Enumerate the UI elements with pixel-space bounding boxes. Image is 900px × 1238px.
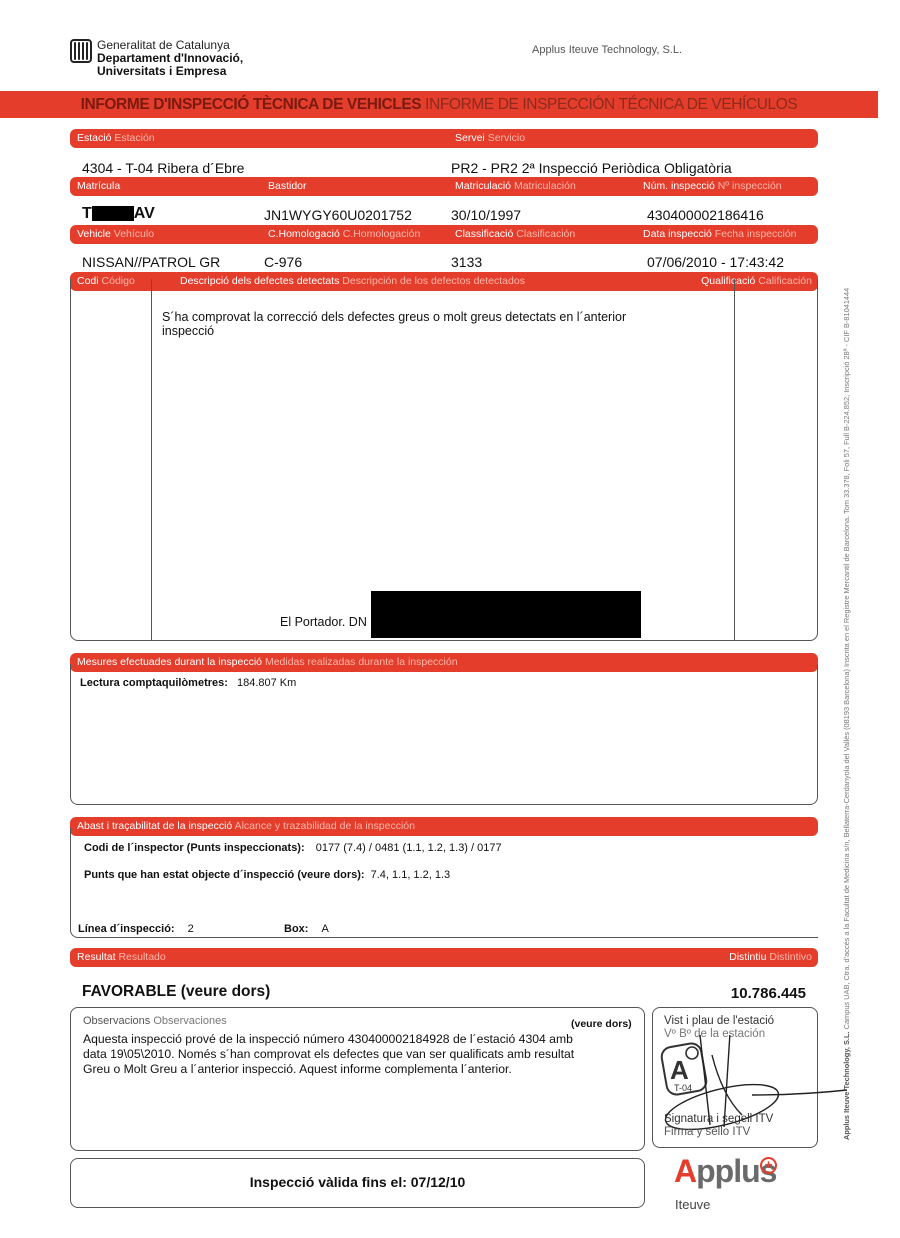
label-classification: Classificació [455, 228, 513, 240]
see-back-note: (veure dors) [571, 1018, 632, 1030]
homologation-value: C-976 [264, 254, 302, 270]
label-plate: Matrícula [77, 180, 120, 192]
report-title: INFORME D'INSPECCIÓ TÈCNICA DE VEHICLES … [0, 91, 878, 118]
label-inspection-date: Data inspecció [643, 228, 712, 240]
plus-circle-icon: + [760, 1157, 777, 1174]
company-name: Applus Iteuve Technology, S.L. [532, 44, 682, 56]
label-inspection-number: Núm. inspecció [643, 180, 715, 192]
legal-sidebar-text: Applus Iteuve Technology, S.L. Campus UA… [842, 288, 851, 1140]
result-label-bar: Resultat Resultado Distintiu Distintivo [70, 948, 818, 967]
label-service: Servei [455, 132, 485, 144]
label-vehicle: Vehicle [77, 228, 111, 240]
classification-value: 3133 [451, 254, 482, 270]
plate-label-bar: Matrícula Bastidor Matriculació Matricul… [70, 177, 818, 196]
station-value: 4304 - T-04 Ribera d´Ebre [82, 160, 244, 176]
label-registration: Matriculació [455, 180, 511, 192]
vehicle-value: NISSAN//PATROL GR [82, 254, 220, 270]
report-title-ca: INFORME D'INSPECCIÓ TÈCNICA DE VEHICLES [81, 96, 422, 113]
observations-label: Observacions Observaciones [83, 1015, 227, 1027]
defect-description: S´ha comprovat la correcció dels defecte… [162, 310, 626, 338]
inspected-points: Punts que han estat objecte d´inspecció … [84, 869, 450, 881]
generalitat-coat-of-arms-icon [70, 39, 92, 63]
service-value: PR2 - PR2 2ª Inspecció Periòdica Obligat… [451, 160, 732, 176]
station-label-bar: Estació Estación Servei Servicio [70, 129, 818, 148]
svg-text:A: A [670, 1055, 689, 1085]
inspection-line: Línea d´inspecció: 2 [78, 923, 194, 935]
inspection-box: Box: A [284, 923, 329, 935]
plate-redaction [92, 206, 134, 221]
observations-text: Aquesta inspecció prové de la inspecció … [83, 1032, 574, 1077]
department-name-line2: Universitats i Empresa [97, 65, 243, 78]
label-station: Estació [77, 132, 111, 144]
column-divider [151, 279, 152, 640]
label-homologation: C.Homologació [268, 228, 340, 240]
applus-subtitle: Iteuve [675, 1197, 710, 1212]
bearer-id-redaction [371, 591, 641, 638]
observations-box [70, 1007, 645, 1151]
svg-text:T-04: T-04 [674, 1083, 692, 1093]
government-department: Generalitat de Catalunya Departament d'I… [97, 39, 243, 78]
result-value: FAVORABLE (veure dors) [82, 983, 270, 1001]
column-divider [734, 279, 735, 640]
inspector-code: Codi de l´inspector (Punts inspeccionats… [84, 842, 502, 854]
plate-value: TAV [82, 205, 155, 223]
applus-logo: Applus [674, 1153, 776, 1190]
odometer-reading: Lectura comptaquilòmetres: 184.807 Km [80, 677, 296, 689]
vehicle-label-bar: Vehicle Vehículo C.Homologació C.Homolog… [70, 225, 818, 244]
inspection-number-value: 430400002186416 [647, 207, 764, 223]
inspection-date-value: 07/06/2010 - 17:43:42 [647, 254, 784, 270]
signature-label: Signatura i segell ITV Firma y sello ITV [664, 1113, 773, 1139]
badge-number: 10.786.445 [731, 985, 806, 1002]
chassis-value: JN1WYGY60U0201752 [264, 207, 412, 223]
report-title-es: INFORME DE INSPECCIÓN TÉCNICA DE VEHÍCUL… [425, 96, 797, 113]
label-chassis: Bastidor [268, 180, 307, 192]
registration-date-value: 30/10/1997 [451, 207, 521, 223]
bearer-label: El Portador. DN [280, 615, 367, 629]
validity-text: Inspecció vàlida fins el: 07/12/10 [70, 1174, 645, 1190]
